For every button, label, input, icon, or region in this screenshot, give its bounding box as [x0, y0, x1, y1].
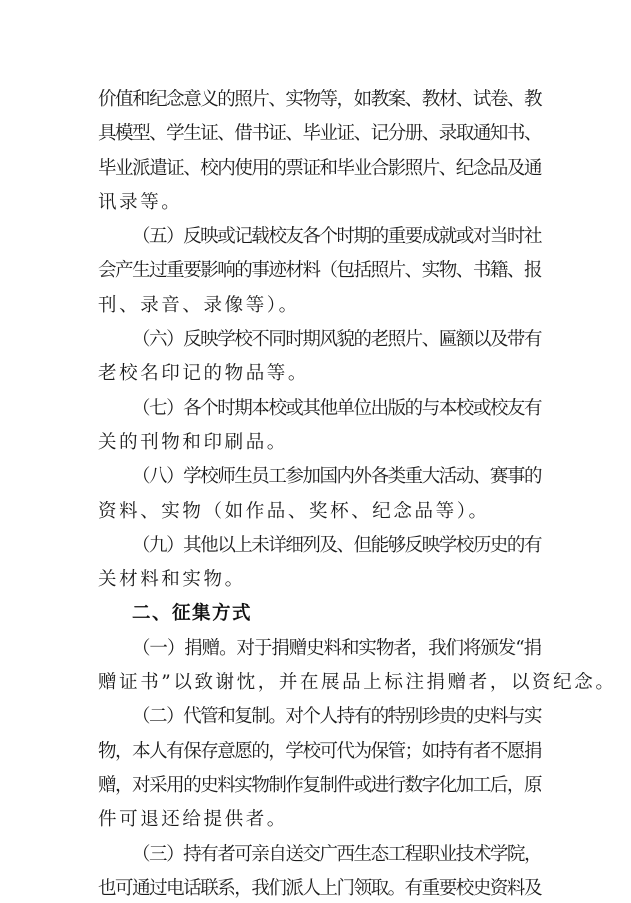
paragraph-method-donation: （一）捐赠。对于捐赠史料和实物者，我们将颁发“捐 赠证书”以致谢忱，并在展品上标… [98, 632, 541, 701]
paragraph-item-9: （九）其他以上未详细列及、但能够反映学校历史的有 关材料和实物。 [98, 529, 541, 598]
paragraph-item-5: （五）反映或记载校友各个时期的重要成就或对当时社 会产生过重要影响的事迹材料（包… [98, 220, 541, 323]
paragraph-method-custody-copy: （二）代管和复制。对个人持有的特别珍贵的史料与实 物，本人有保存意愿的，学校可代… [98, 700, 541, 837]
text-line: 关的刊物和印刷品。 [98, 426, 541, 460]
text-line: 资料、实物（如作品、奖杯、纪念品等）。 [98, 495, 541, 529]
section-heading-collection-methods: 二、征集方式 [98, 597, 541, 631]
text-line: 关材料和实物。 [98, 563, 541, 597]
text-line: （七）各个时期本校或其他单位出版的与本校或校友有 [98, 392, 541, 426]
paragraph-method-delivery: （三）持有者可亲自送交广西生态工程职业技术学院， 也可通过电话联系，我们派人上门… [98, 838, 541, 903]
text-line: 刊、录音、录像等）。 [98, 289, 541, 323]
text-line: （六）反映学校不同时期风貌的老照片、匾额以及带有 [98, 323, 541, 357]
text-line: 也可通过电话联系，我们派人上门领取。有重要校史资料及 [98, 872, 541, 903]
text-line: 讯录等。 [98, 186, 541, 220]
text-line: 毕业派遣证、校内使用的票证和毕业合影照片、纪念品及通 [98, 152, 541, 186]
text-line: 具模型、学生证、借书证、毕业证、记分册、录取通知书、 [98, 117, 541, 151]
text-line: （五）反映或记载校友各个时期的重要成就或对当时社 [98, 220, 541, 254]
text-line: 物，本人有保存意愿的，学校可代为保管；如持有者不愿捐 [98, 735, 541, 769]
text-line: 价值和纪念意义的照片、实物等，如教案、教材、试卷、教 [98, 83, 541, 117]
paragraph-item-7: （七）各个时期本校或其他单位出版的与本校或校友有 关的刊物和印刷品。 [98, 392, 541, 461]
text-line: 件可退还给提供者。 [98, 803, 541, 837]
text-line: 会产生过重要影响的事迹材料（包括照片、实物、书籍、报 [98, 254, 541, 288]
text-line: 老校名印记的物品等。 [98, 357, 541, 391]
text-line: 赠证书”以致谢忱，并在展品上标注捐赠者，以资纪念。 [98, 666, 541, 700]
document-page: 价值和纪念意义的照片、实物等，如教案、教材、试卷、教 具模型、学生证、借书证、毕… [98, 83, 541, 903]
text-line: （一）捐赠。对于捐赠史料和实物者，我们将颁发“捐 [98, 632, 541, 666]
paragraph-continued-item-list: 价值和纪念意义的照片、实物等，如教案、教材、试卷、教 具模型、学生证、借书证、毕… [98, 83, 541, 220]
text-line: （三）持有者可亲自送交广西生态工程职业技术学院， [98, 838, 541, 872]
paragraph-item-8: （八）学校师生员工参加国内外各类重大活动、赛事的 资料、实物（如作品、奖杯、纪念… [98, 460, 541, 529]
paragraph-item-6: （六）反映学校不同时期风貌的老照片、匾额以及带有 老校名印记的物品等。 [98, 323, 541, 392]
text-line: 赠，对采用的史料实物制作复制件或进行数字化加工后，原 [98, 769, 541, 803]
text-line: （二）代管和复制。对个人持有的特别珍贵的史料与实 [98, 700, 541, 734]
text-line: （九）其他以上未详细列及、但能够反映学校历史的有 [98, 529, 541, 563]
text-line: （八）学校师生员工参加国内外各类重大活动、赛事的 [98, 460, 541, 494]
